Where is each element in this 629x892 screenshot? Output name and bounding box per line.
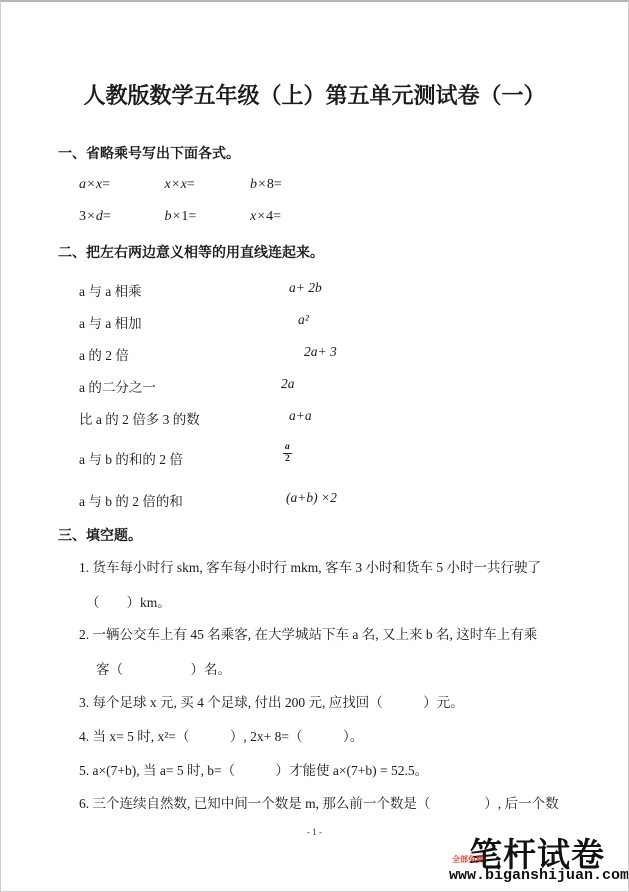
match-left-text: a 的 2 倍 (79, 344, 129, 364)
match-row: a 与 b 的 2 倍的和 (a+b) ×2 (79, 490, 579, 510)
match-right-expr: 2a+ 3 (304, 344, 337, 360)
expression-bx8: b×8= (250, 177, 332, 193)
match-row: a 与 a 相加 a² (79, 312, 579, 332)
multiply-sign: × (258, 177, 266, 192)
section-3-heading: 三、填空题。 (58, 525, 142, 545)
section-1-heading: 一、省略乘号写出下面各式。 (58, 143, 240, 163)
match-left-text: a 的二分之一 (79, 376, 156, 396)
fill-blank-item-5: 5. a×(7+b), 当 a= 5 时, b=（ ）才能使 a×(7+b) =… (79, 759, 428, 779)
fill-blank-item-1-line-1: 1. 货车每小时行 skm, 客车每小时行 mkm, 客车 3 小时和货车 5 … (79, 556, 541, 576)
match-right-expr: (a+b) ×2 (286, 490, 337, 506)
equals-sign: = (102, 177, 110, 192)
operand: x (250, 209, 256, 224)
expression-row-1: a×x= x×x= b×8= (79, 177, 332, 193)
match-left-text: a 与 a 相乘 (79, 280, 142, 300)
section-2-heading: 二、把左右两边意义相等的用直线连起来。 (58, 242, 324, 262)
operand: 8 (267, 177, 274, 192)
watermark-url: www.biganshijuan.com (449, 867, 629, 884)
match-right-expr: a+ 2b (289, 280, 322, 296)
expression-3xd: 3×d= (79, 209, 161, 225)
multiply-sign: × (87, 177, 95, 192)
fraction: a2 (283, 442, 292, 465)
match-left-text: a 与 b 的 2 倍的和 (79, 490, 183, 510)
match-left-text: 比 a 的 2 倍多 3 的数 (79, 408, 200, 428)
expression-axx: a×x= (79, 177, 161, 193)
operand: b (165, 209, 172, 224)
expression-xxx: x×x= (165, 177, 247, 193)
operand: 3 (79, 209, 86, 224)
match-row: a 的 2 倍 2a+ 3 (79, 344, 579, 364)
equals-sign: = (103, 209, 111, 224)
match-row: a 与 b 的和的 2 倍 a2 (79, 448, 579, 468)
fill-blank-item-6: 6. 三个连续自然数, 已知中间一个数是 m, 那么前一个数是（ ）, 后一个数 (79, 792, 559, 812)
fraction-denominator: 2 (283, 454, 292, 465)
equals-sign: = (274, 177, 282, 192)
match-row: a 与 a 相乘 a+ 2b (79, 280, 579, 300)
equals-sign: = (188, 209, 196, 224)
multiply-sign: × (173, 209, 181, 224)
operand: d (96, 209, 103, 224)
match-right-expr: a² (298, 312, 309, 328)
fill-blank-item-4: 4. 当 x= 5 时, x²=（ ）, 2x+ 8=（ ）。 (79, 725, 363, 745)
test-paper-page: 人教版数学五年级（上）第五单元测试卷（一） 一、省略乘号写出下面各式。 a×x=… (0, 0, 629, 892)
multiply-sign: × (87, 209, 95, 224)
match-row: a 的二分之一 2a (79, 376, 579, 396)
operand: x (165, 177, 171, 192)
expression-xx4: x×4= (250, 209, 332, 225)
equals-sign: = (273, 209, 281, 224)
operand: a (79, 177, 86, 192)
page-title: 人教版数学五年级（上）第五单元测试卷（一） (1, 79, 628, 110)
expression-bx1: b×1= (165, 209, 247, 225)
watermark-free-tag: 全部免费 (452, 854, 484, 865)
match-right-fraction: a2 (283, 442, 292, 465)
match-right-expr: a+a (289, 408, 312, 424)
multiply-sign: × (257, 209, 265, 224)
fill-blank-item-1-line-2: （ ）km。 (86, 591, 171, 611)
fill-blank-item-3: 3. 每个足球 x 元, 买 4 个足球, 付出 200 元, 应找回（ ）元。 (79, 691, 464, 711)
fill-blank-item-2-line-1: 2. 一辆公交车上有 45 名乘客, 在大学城站下车 a 名, 又上来 b 名,… (79, 623, 537, 643)
multiply-sign: × (172, 177, 180, 192)
operand: b (250, 177, 257, 192)
match-right-expr: 2a (281, 376, 295, 392)
fraction-numerator: a (283, 442, 292, 454)
expression-row-2: 3×d= b×1= x×4= (79, 209, 332, 225)
match-left-text: a 与 b 的和的 2 倍 (79, 448, 183, 468)
match-left-text: a 与 a 相加 (79, 312, 142, 332)
match-row: 比 a 的 2 倍多 3 的数 a+a (79, 408, 579, 428)
equals-sign: = (187, 177, 195, 192)
fill-blank-item-2-line-2: 客（ ）名。 (96, 658, 231, 678)
